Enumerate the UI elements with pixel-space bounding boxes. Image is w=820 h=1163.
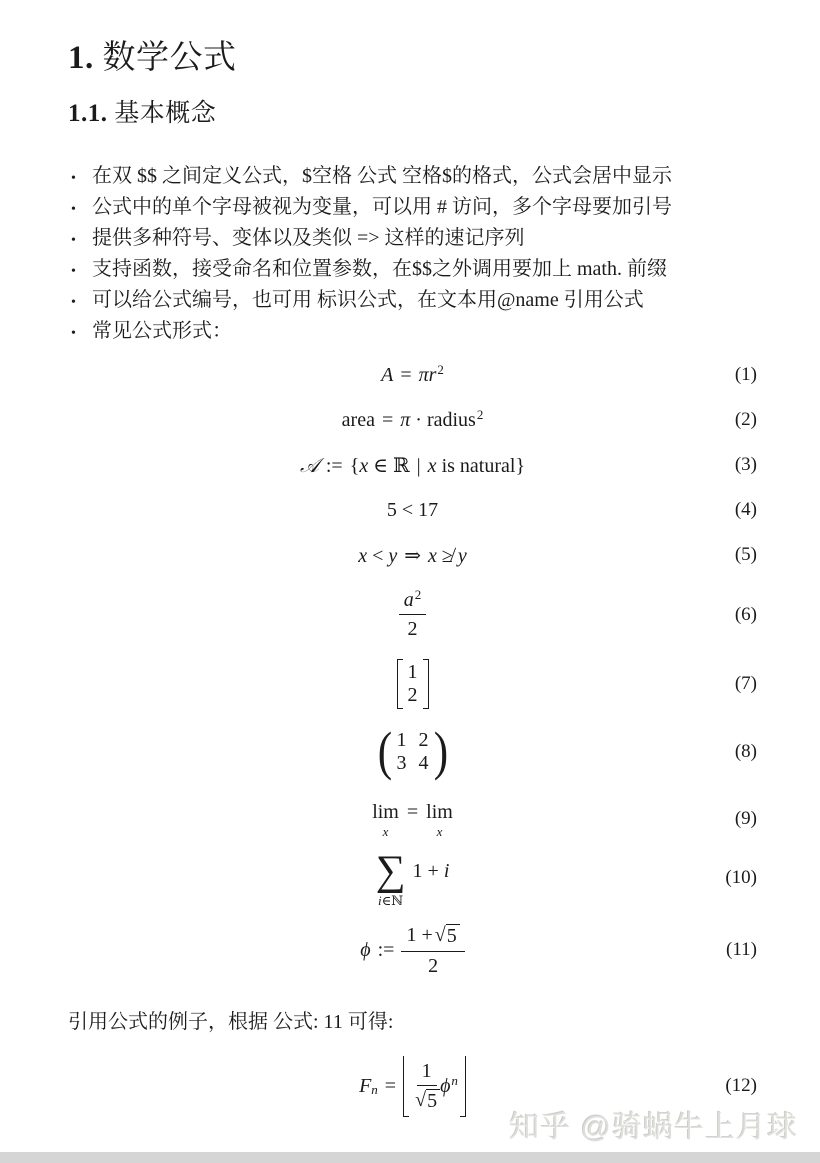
limit-block: limx bbox=[372, 801, 399, 838]
heading2-text: 基本概念 bbox=[114, 100, 216, 127]
equation-number: (7) bbox=[735, 673, 757, 695]
square-root: √5 bbox=[435, 924, 460, 948]
equation-number: (5) bbox=[735, 544, 757, 566]
page-title: 1. 数学公式 bbox=[68, 38, 757, 78]
bullet-text: 提供多种符号、变体以及类似 => 这样的速记序列 bbox=[92, 224, 525, 253]
equation-number: (8) bbox=[735, 741, 757, 763]
equation-2: area=π·radius2 (2) bbox=[68, 406, 757, 434]
document-page: 1. 数学公式 1.1. 基本概念 •在双 $$ 之间定义公式，$空格 公式 空… bbox=[0, 0, 820, 1117]
fraction: a2 2 bbox=[399, 589, 427, 640]
phi-symbol: ϕ bbox=[440, 1075, 450, 1097]
radical-symbol: √ bbox=[415, 1089, 426, 1112]
double-struck-r: ℝ bbox=[393, 455, 410, 477]
formula: area=π·radius2 bbox=[342, 409, 484, 432]
equation-number: (4) bbox=[735, 499, 757, 521]
right-square-bracket bbox=[423, 659, 429, 709]
equation-11: ϕ := 1 +√5 2 (11) bbox=[68, 924, 757, 977]
heading1-number: 1. bbox=[68, 40, 94, 76]
equation-6: a2 2 (6) bbox=[68, 589, 757, 640]
bullet-text: 常见公式形式： bbox=[92, 317, 232, 346]
bullet-text: 支持函数，接受命名和位置参数，在$$之外调用要加上 math. 前缀 bbox=[92, 255, 667, 284]
section-title: 1.1. 基本概念 bbox=[68, 99, 757, 129]
sum-block: ∑ i∈ℕ bbox=[376, 849, 406, 908]
double-struck-n: ℕ bbox=[391, 893, 403, 908]
right-paren: ) bbox=[433, 726, 447, 777]
list-item: •公式中的单个字母被视为变量，可以用 # 访问，多个字母要加引号 bbox=[68, 193, 757, 224]
implies-arrow: ⇒ bbox=[404, 545, 421, 567]
bullet-icon: • bbox=[68, 195, 92, 224]
equation-number: (3) bbox=[735, 454, 757, 476]
list-item: •提供多种符号、变体以及类似 => 这样的速记序列 bbox=[68, 224, 757, 255]
bullet-icon: • bbox=[68, 319, 92, 348]
fraction: 1 +√5 2 bbox=[401, 924, 464, 977]
list-item: •在双 $$ 之间定义公式，$空格 公式 空格$的格式，公式会居中显示 bbox=[68, 162, 757, 193]
bullet-list: •在双 $$ 之间定义公式，$空格 公式 空格$的格式，公式会居中显示 •公式中… bbox=[68, 162, 757, 348]
equation-4: 5 < 17 (4) bbox=[68, 496, 757, 524]
bottom-scrollbar bbox=[0, 1152, 820, 1163]
column-vector: 12 bbox=[397, 659, 429, 709]
limit-block: limx bbox=[426, 801, 453, 838]
bullet-icon: • bbox=[68, 288, 92, 317]
equation-9: limx = limx (9) bbox=[68, 801, 757, 838]
list-item: •可以给公式编号，也可用 标识公式，在文本用@name 引用公式 bbox=[68, 286, 757, 317]
equation-number: (1) bbox=[735, 364, 757, 386]
square-root: √5 bbox=[415, 1089, 440, 1113]
equation-number: (2) bbox=[735, 409, 757, 431]
radical-symbol: √ bbox=[435, 924, 446, 947]
list-item: •常见公式形式： bbox=[68, 317, 757, 348]
bullet-icon: • bbox=[68, 164, 92, 193]
phi-symbol: ϕ bbox=[360, 939, 370, 962]
formula: 5 < 17 bbox=[387, 499, 438, 522]
equation-7: 12 (7) bbox=[68, 659, 757, 709]
floor-group: 1 √5 ϕn bbox=[403, 1056, 466, 1117]
equation-3: 𝒜:={x∈ℝ|x is natural} (3) bbox=[68, 451, 757, 479]
equation-number: (11) bbox=[726, 939, 757, 961]
right-floor-bracket bbox=[460, 1056, 466, 1117]
equation-number: (10) bbox=[725, 867, 757, 889]
not-geq-symbol: ≱ bbox=[442, 545, 453, 567]
formula: A=πr2 bbox=[381, 364, 444, 387]
bullet-text: 可以给公式编号，也可用 标识公式，在文本用@name 引用公式 bbox=[92, 286, 644, 315]
equation-10: ∑ i∈ℕ 1 + i (10) bbox=[68, 849, 757, 908]
equation-number: (6) bbox=[735, 604, 757, 626]
fraction: 1 √5 bbox=[413, 1060, 440, 1113]
formula: ∑ i∈ℕ 1 + i bbox=[376, 849, 450, 908]
zhihu-watermark: 知乎 @骑蜗牛上月球 bbox=[509, 1102, 798, 1146]
bullet-text: 公式中的单个字母被视为变量，可以用 # 访问，多个字母要加引号 bbox=[92, 193, 672, 222]
formula: 𝒜:={x∈ℝ|x is natural} bbox=[300, 453, 525, 478]
matrix: ( 12 34 ) bbox=[376, 726, 450, 777]
bullet-icon: • bbox=[68, 257, 92, 286]
list-item: •支持函数，接受命名和位置参数，在$$之外调用要加上 math. 前缀 bbox=[68, 255, 757, 286]
formula: Fn = 1 √5 ϕn bbox=[359, 1056, 466, 1117]
equation-1: A=πr2 (1) bbox=[68, 361, 757, 389]
equation-8: ( 12 34 ) (8) bbox=[68, 726, 757, 777]
sigma-symbol: ∑ bbox=[376, 849, 406, 893]
equation-5: x<y⇒x≱y (5) bbox=[68, 541, 757, 569]
equation-number: (12) bbox=[725, 1075, 757, 1097]
heading1-text: 数学公式 bbox=[103, 40, 237, 76]
heading2-number: 1.1. bbox=[68, 100, 108, 127]
left-paren: ( bbox=[377, 726, 391, 777]
bullet-text: 在双 $$ 之间定义公式，$空格 公式 空格$的格式，公式会居中显示 bbox=[92, 162, 672, 191]
equation-number: (9) bbox=[735, 808, 757, 830]
formula: limx = limx bbox=[372, 801, 453, 838]
formula: ϕ := 1 +√5 2 bbox=[360, 924, 464, 977]
script-capital-a: 𝒜 bbox=[300, 455, 319, 477]
reference-paragraph: 引用公式的例子，根据 公式: 11 可得: bbox=[68, 1008, 757, 1036]
formula: x<y⇒x≱y bbox=[358, 543, 467, 568]
bullet-icon: • bbox=[68, 226, 92, 255]
